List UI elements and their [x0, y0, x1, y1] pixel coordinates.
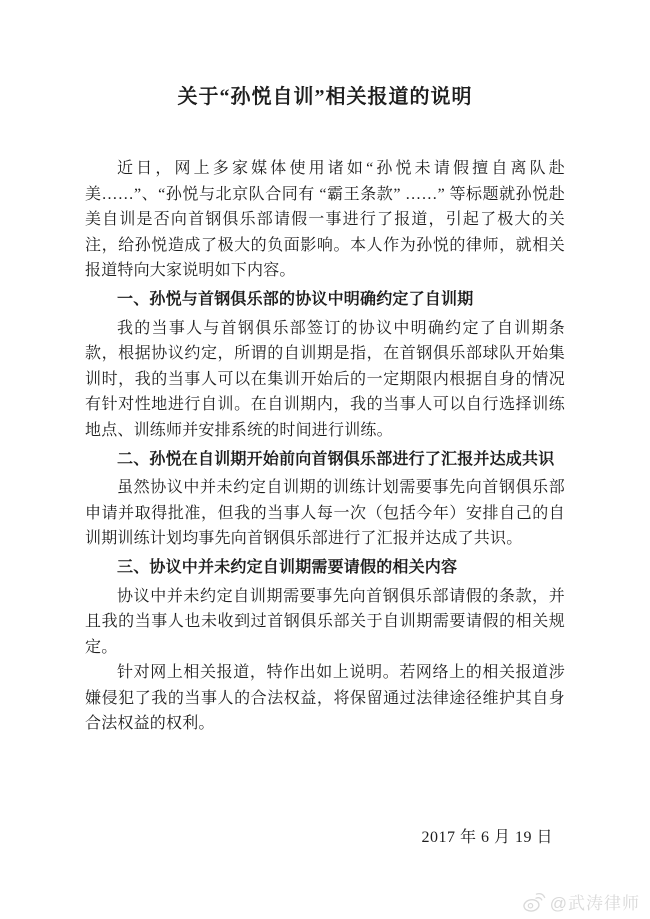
- section-1-heading: 一、孙悦与首钢俱乐部的协议中明确约定了自训期: [85, 287, 565, 313]
- document-title: 关于“孙悦自训”相关报道的说明: [85, 84, 565, 110]
- watermark-label: @武涛律师: [550, 889, 640, 914]
- section-3-heading: 三、协议中并未约定自训期需要请假的相关内容: [85, 555, 565, 581]
- weibo-icon: [522, 892, 546, 912]
- document-content: 关于“孙悦自训”相关报道的说明 近日，网上多家媒体使用诸如“孙悦未请假擅自离队赴…: [0, 0, 650, 851]
- section-3-body: 协议中并未约定自训期需要事先向首钢俱乐部请假的条款，并且我的当事人也未收到过首钢…: [85, 584, 565, 661]
- section-2-heading: 二、孙悦在自训期开始前向首钢俱乐部进行了汇报并达成共识: [85, 447, 565, 473]
- section-2-body: 虽然协议中并未约定自训期的训练计划需要事先向首钢俱乐部申请并取得批准，但我的当事…: [85, 475, 565, 552]
- closing-paragraph: 针对网上相关报道，特作出如上说明。若网络上的相关报道涉嫌侵犯了我的当事人的合法权…: [85, 660, 565, 737]
- intro-paragraph: 近日，网上多家媒体使用诸如“孙悦未请假擅自离队赴美……”、“孙悦与北京队合同有 …: [85, 156, 565, 284]
- section-1-body: 我的当事人与首钢俱乐部签订的协议中明确约定了自训期条款，根据协议约定，所谓的自训…: [85, 316, 565, 444]
- watermark: @武涛律师: [522, 889, 640, 914]
- document-page: 关于“孙悦自训”相关报道的说明 近日，网上多家媒体使用诸如“孙悦未请假擅自离队赴…: [0, 0, 650, 919]
- document-date: 2017 年 6 月 19 日: [85, 825, 565, 851]
